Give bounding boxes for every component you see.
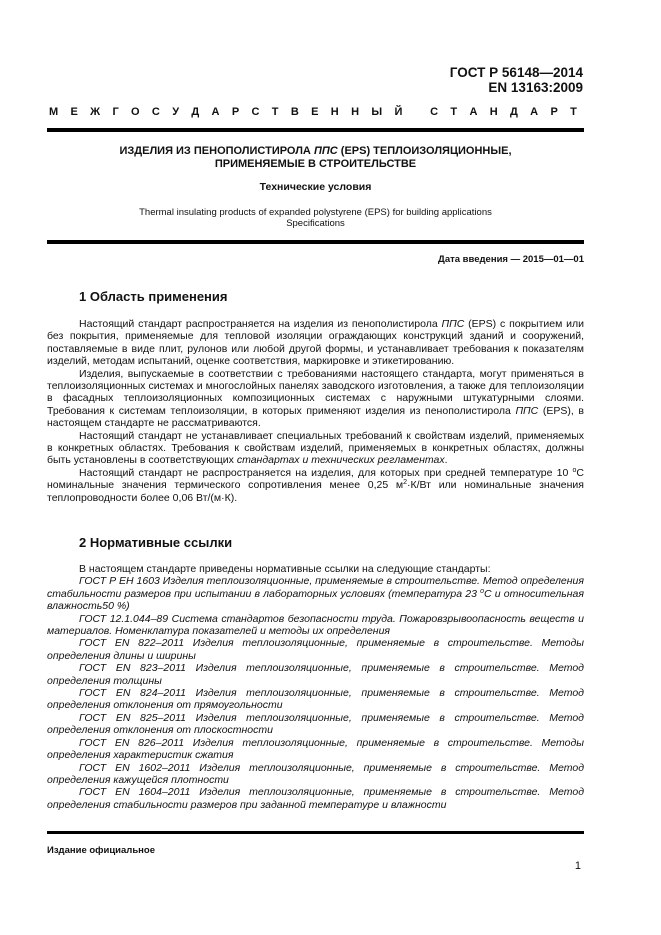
reference-item: ГОСТ EN 1602–2011 Изделия теплоизоляцион… bbox=[47, 762, 584, 787]
banner-letter: Н bbox=[331, 106, 339, 118]
banner-letter: Е bbox=[311, 106, 318, 118]
footer-rule bbox=[47, 831, 584, 834]
title-line-1: ИЗДЕЛИЯ ИЗ ПЕНОПОЛИСТИРОЛА ППС (EPS) ТЕП… bbox=[47, 145, 584, 158]
reference-item: ГОСТ 12.1.044–89 Система стандартов безо… bbox=[47, 613, 584, 638]
reference-item: ГОСТ Р ЕН 1603 Изделия теплоизоляционные… bbox=[47, 575, 584, 612]
reference-item: ГОСТ EN 826–2011 Изделия теплоизоляционн… bbox=[47, 737, 584, 762]
official-edition-label: Издание официальное bbox=[47, 845, 155, 856]
paragraph: Настоящий стандарт не устанавливает спец… bbox=[47, 430, 584, 467]
reference-item: ГОСТ EN 1604–2011 Изделия теплоизоляцион… bbox=[47, 786, 584, 811]
banner-letter: Г bbox=[112, 106, 118, 118]
reference-item: ГОСТ EN 822–2011 Изделия теплоизоляционн… bbox=[47, 637, 584, 662]
document-subtitle: Технические условия bbox=[47, 181, 584, 193]
banner-letter: Е bbox=[71, 106, 78, 118]
banner-letter: Р bbox=[232, 106, 239, 118]
banner-letter: О bbox=[131, 106, 140, 118]
banner-letter: В bbox=[291, 106, 299, 118]
banner-letter: Д bbox=[191, 106, 199, 118]
banner-letter: Р bbox=[550, 106, 557, 118]
banner-letter: У bbox=[172, 106, 179, 118]
section-1-heading: 1 Область применения bbox=[79, 289, 228, 304]
banner-letter: Д bbox=[510, 106, 518, 118]
banner-letter: Т bbox=[570, 106, 577, 118]
section-2-heading: 2 Нормативные ссылки bbox=[79, 535, 232, 550]
banner-letter: А bbox=[469, 106, 477, 118]
refs-intro: В настоящем стандарте приведены норматив… bbox=[47, 563, 584, 575]
banner-gap bbox=[415, 106, 418, 118]
reference-item: ГОСТ EN 825–2011 Изделия теплоизоляционн… bbox=[47, 712, 584, 737]
section-1-body: Настоящий стандарт распространяется на и… bbox=[47, 318, 584, 504]
banner-letter: М bbox=[49, 106, 58, 118]
paragraph: Настоящий стандарт не распространяется н… bbox=[47, 467, 584, 504]
document-page: ГОСТ Р 56148—2014 EN 13163:2009 МЕЖГОСУД… bbox=[0, 0, 661, 935]
banner-letter: Т bbox=[450, 106, 457, 118]
banner-letter: Н bbox=[490, 106, 498, 118]
banner-letter: Т bbox=[272, 106, 279, 118]
document-title: ИЗДЕЛИЯ ИЗ ПЕНОПОЛИСТИРОЛА ППС (EPS) ТЕП… bbox=[47, 145, 584, 171]
reference-item: ГОСТ EN 824–2011 Изделия теплоизоляционн… bbox=[47, 687, 584, 712]
effective-date: Дата введения — 2015—01—01 bbox=[438, 254, 584, 265]
doc-code-secondary: EN 13163:2009 bbox=[488, 80, 583, 95]
header-rule bbox=[47, 128, 584, 132]
banner-letter: Н bbox=[351, 106, 359, 118]
banner-letter: С bbox=[252, 106, 260, 118]
doc-code-primary: ГОСТ Р 56148—2014 bbox=[450, 65, 583, 80]
banner-letter: С bbox=[152, 106, 160, 118]
english-title: Thermal insulating products of expanded … bbox=[47, 207, 584, 229]
banner-letter: С bbox=[430, 106, 438, 118]
page-number: 1 bbox=[575, 860, 581, 872]
banner-letter: Й bbox=[394, 106, 402, 118]
banner-letter: А bbox=[530, 106, 538, 118]
banner-letter: А bbox=[212, 106, 220, 118]
section-2-body: В настоящем стандарте приведены норматив… bbox=[47, 563, 584, 811]
title-rule bbox=[47, 240, 584, 244]
paragraph: Изделия, выпускаемые в соответствии с тр… bbox=[47, 368, 584, 430]
banner-letter: Ы bbox=[371, 106, 382, 118]
reference-item: ГОСТ EN 823–2011 Изделия теплоизоляционн… bbox=[47, 662, 584, 687]
paragraph: Настоящий стандарт распространяется на и… bbox=[47, 318, 584, 368]
interstate-standard-banner: МЕЖГОСУДАРСТВЕННЫЙ СТАНДАРТ bbox=[49, 106, 577, 118]
banner-letter: Ж bbox=[90, 106, 100, 118]
title-line-2: ПРИМЕНЯЕМЫЕ В СТРОИТЕЛЬСТВЕ bbox=[47, 158, 584, 171]
